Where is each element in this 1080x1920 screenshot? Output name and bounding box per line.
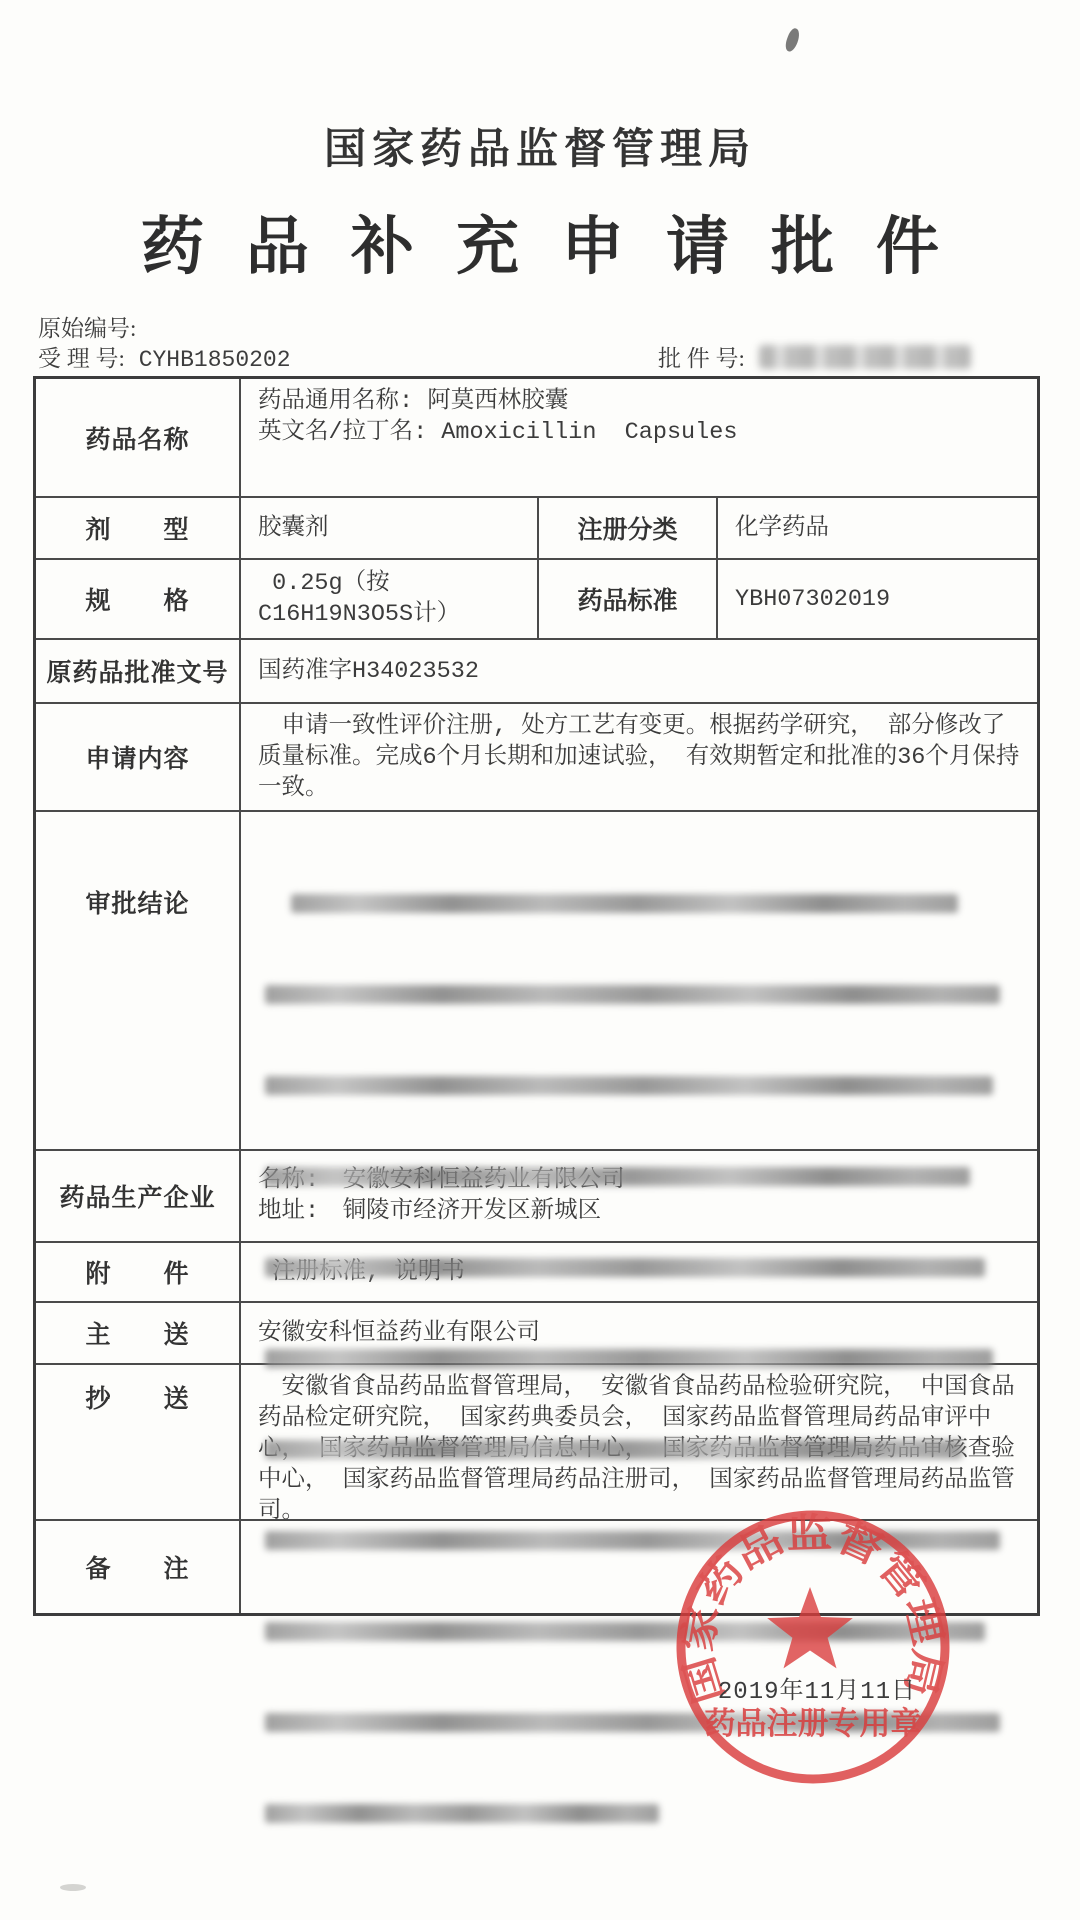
row-label: 原药品批准文号 — [36, 640, 241, 702]
scan-smudge — [60, 1884, 86, 1891]
redacted-text-line — [265, 1804, 659, 1823]
approval-date: 2019年11月11日 — [697, 1670, 937, 1706]
redacted-text-line — [265, 1440, 962, 1459]
table-row-application-content: 申请内容 申请一致性评价注册, 处方工艺有变更。根据药学研究， 部分修改了质量标… — [36, 704, 1037, 812]
row-label: 规 格 — [36, 560, 241, 638]
agency-title: 国家药品监督管理局 — [0, 116, 1080, 176]
approval-table: 药品名称 药品通用名称: 阿莫西林胶囊 英文名/拉丁名: Amoxicillin… — [33, 376, 1040, 1616]
seal-star-icon — [767, 1587, 853, 1668]
application-content-value: 申请一致性评价注册, 处方工艺有变更。根据药学研究， 部分修改了质量标准。完成6… — [241, 704, 1037, 810]
original-number-label: 原始编号: — [38, 310, 136, 343]
redacted-text-line — [291, 894, 958, 913]
row-label: 审批结论 — [36, 812, 241, 1149]
drug-standard-label: 药品标准 — [539, 560, 718, 638]
redacted-text-line — [265, 1349, 993, 1368]
acceptance-number: CYHB1850202 — [139, 347, 291, 373]
redacted-text-line — [265, 1258, 985, 1277]
approval-number-redacted — [759, 345, 971, 369]
table-row-approval-conclusion: 审批结论 — [36, 812, 1037, 1151]
approval-number-line: 批 件 号: — [658, 340, 971, 373]
row-label: 附 件 — [36, 1243, 241, 1301]
specification-value: 0.25g（按 C16H19N3O5S计） — [241, 560, 539, 638]
approval-document-page: 国家药品监督管理局 药品补充申请批件 原始编号: 受 理 号: CYHB1850… — [0, 0, 1080, 1920]
row-label: 抄 送 — [36, 1365, 241, 1519]
dosage-form-value: 胶囊剂 — [241, 498, 539, 558]
seal-stamp-text: 药品注册专用章 — [705, 1706, 922, 1741]
row-label: 药品名称 — [36, 379, 241, 496]
table-row-specification: 规 格 0.25g（按 C16H19N3O5S计） 药品标准 YBH073020… — [36, 560, 1037, 640]
registration-class-value: 化学药品 — [718, 498, 1037, 558]
acceptance-number-label: 受 理 号: — [38, 346, 125, 371]
official-seal: 国家药品监督管理局 药品注册专用章 — [663, 1497, 969, 1803]
registration-class-label: 注册分类 — [539, 498, 718, 558]
row-label: 药品生产企业 — [36, 1151, 241, 1241]
approval-conclusion-redacted — [241, 812, 1037, 1149]
redacted-text-line — [265, 1076, 993, 1095]
table-row-dosage-form: 剂 型 胶囊剂 注册分类 化学药品 — [36, 498, 1037, 560]
acceptance-number-value — [125, 347, 139, 373]
acceptance-number-line: 受 理 号: CYHB1850202 — [38, 340, 291, 373]
row-label: 剂 型 — [36, 498, 241, 558]
original-approval-no-value: 国药准字H34023532 — [241, 640, 1037, 702]
table-row-drug-name: 药品名称 药品通用名称: 阿莫西林胶囊 英文名/拉丁名: Amoxicillin… — [36, 379, 1037, 498]
approval-number-label: 批 件 号: — [658, 340, 745, 373]
english-name-line: 英文名/拉丁名: Amoxicillin Capsules — [258, 417, 1025, 448]
row-label: 申请内容 — [36, 704, 241, 810]
redacted-text-line — [265, 1167, 970, 1186]
document-title: 药品补充申请批件 — [0, 196, 1080, 287]
generic-name-line: 药品通用名称: 阿莫西林胶囊 — [258, 386, 1025, 417]
redacted-text-line — [265, 985, 1000, 1004]
table-row-original-approval-no: 原药品批准文号 国药准字H34023532 — [36, 640, 1037, 704]
drug-standard-value: YBH07302019 — [718, 560, 1037, 638]
row-label: 备 注 — [36, 1521, 241, 1613]
row-label: 主 送 — [36, 1303, 241, 1363]
row-value: 药品通用名称: 阿莫西林胶囊 英文名/拉丁名: Amoxicillin Caps… — [241, 379, 1037, 496]
scan-artifact-mark — [783, 27, 802, 53]
